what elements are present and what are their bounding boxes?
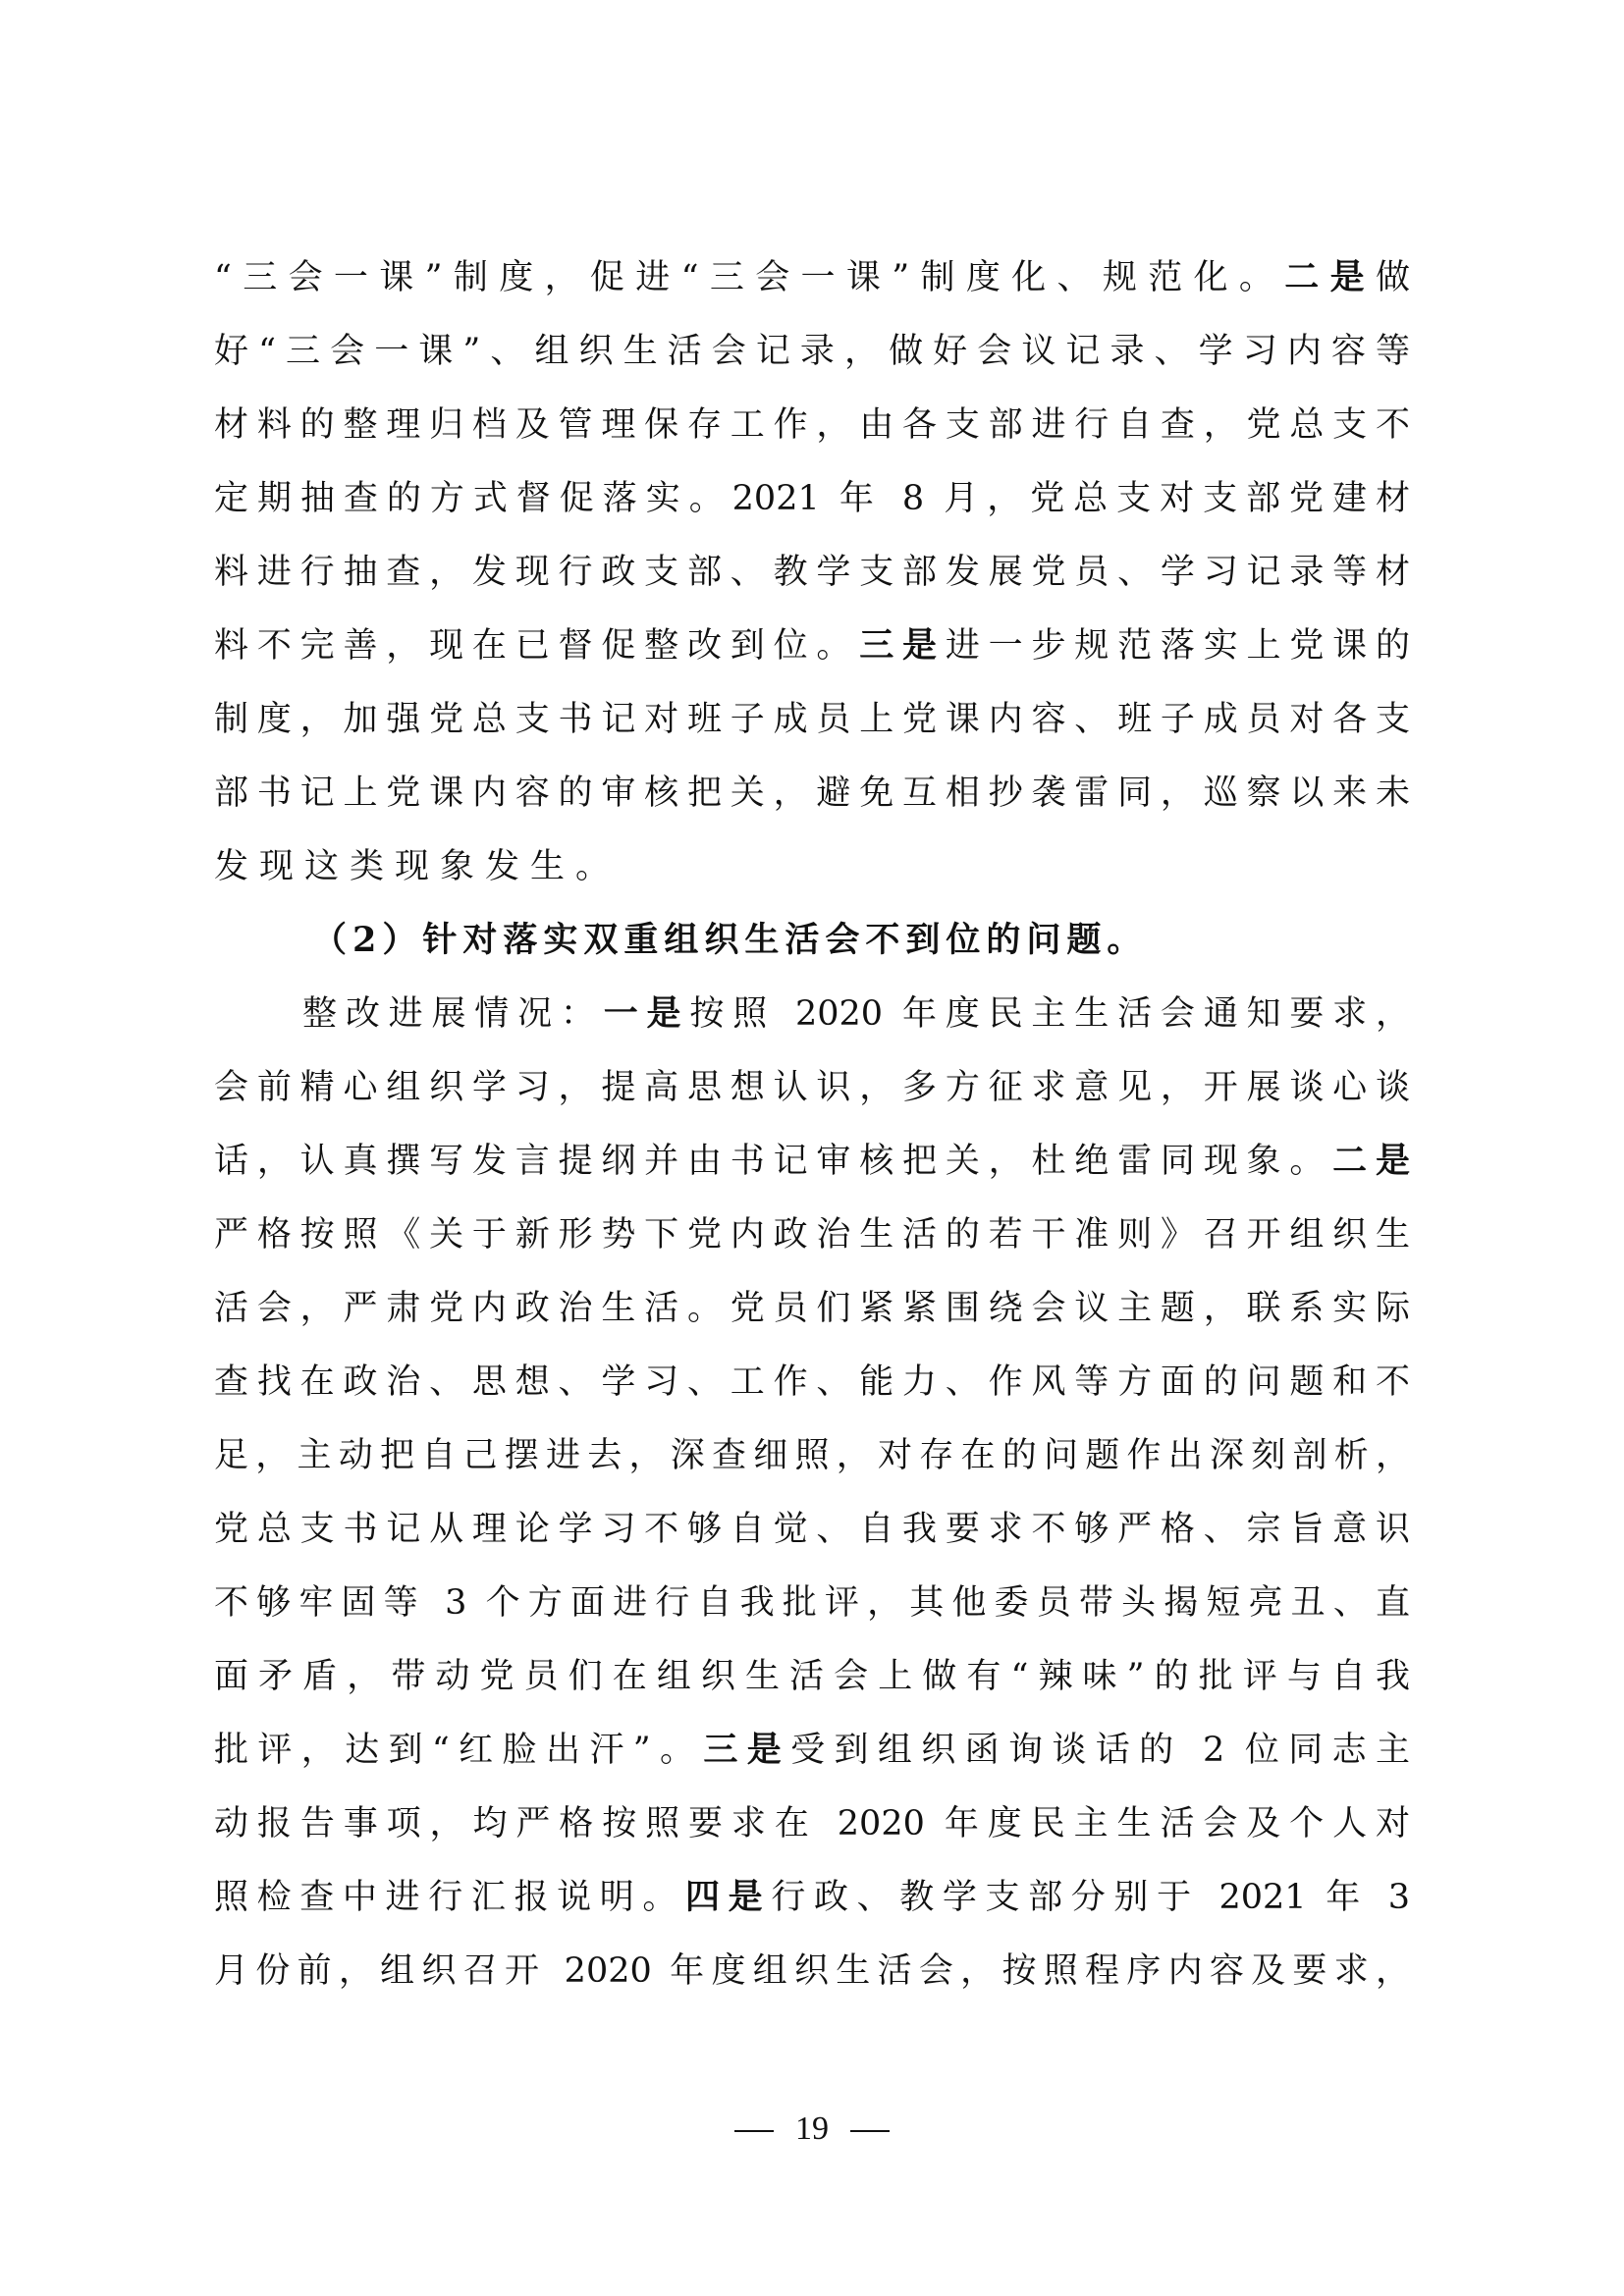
paragraph-line: 照检查中进行汇报说明。四是行政、教学支部分别于 2021 年 3 <box>214 1868 1410 1927</box>
text-run: 定期抽查的方式督促落实。2021 年 8 月，党总支对支部党建材 <box>214 479 1410 518</box>
text-run: 照检查中进行汇报说明。 <box>214 1878 685 1917</box>
text-run: 好“三会一课”、组织生活会记录，做好会议记录、学习内容等 <box>214 332 1410 371</box>
paragraph-line: 面矛盾，带动党员们在组织生活会上做有“辣味”的批评与自我 <box>214 1647 1410 1706</box>
text-run: 料进行抽查，发现行政支部、教学支部发展党员、学习记录等材 <box>214 553 1410 592</box>
dash-right <box>850 2130 890 2132</box>
paragraph-line: 党总支书记从理论学习不够自觉、自我要求不够严格、宗旨意识 <box>214 1500 1410 1559</box>
paragraph-line: 定期抽查的方式督促落实。2021 年 8 月，党总支对支部党建材 <box>214 469 1410 528</box>
emphasis-text: 四是 <box>685 1877 771 1917</box>
text-run: 活会，严肃党内政治生活。党员们紧紧围绕会议主题，联系实际 <box>214 1289 1410 1328</box>
paragraph-line: 料进行抽查，发现行政支部、教学支部发展党员、学习记录等材 <box>214 543 1410 602</box>
emphasis-text: 一是 <box>604 993 690 1034</box>
paragraph-line: “三会一课”制度，促进“三会一课”制度化、规范化。二是做 <box>214 248 1410 307</box>
text-run: 党总支书记从理论学习不够自觉、自我要求不够严格、宗旨意识 <box>214 1510 1410 1549</box>
text-run: 整改进展情况： <box>302 994 604 1034</box>
paragraph-line: 部书记上党课内容的审核把关，避免互相抄袭雷同，巡察以来未 <box>214 764 1410 823</box>
text-run: 动报告事项，均严格按照要求在 2020 年度民主生活会及个人对 <box>214 1804 1410 1843</box>
paragraph-line: 月份前，组织召开 2020 年度组织生活会，按照程序内容及要求， <box>214 1942 1410 2001</box>
emphasis-text: 三是 <box>703 1730 790 1770</box>
text-run: 制度，加强党总支书记对班子成员上党课内容、班子成员对各支 <box>214 700 1410 739</box>
paragraph-line: 严格按照《关于新形势下党内政治生活的若干准则》召开组织生 <box>214 1205 1410 1264</box>
paragraph-line: 会前精心组织学习，提高思想认识，多方征求意见，开展谈心谈 <box>214 1058 1410 1117</box>
dash-left <box>734 2130 774 2132</box>
text-run: 批评，达到“红脸出汗”。 <box>214 1731 703 1770</box>
paragraph-line: 好“三会一课”、组织生活会记录，做好会议记录、学习内容等 <box>214 322 1410 381</box>
text-run: 足，主动把自己摆进去，深查细照，对存在的问题作出深刻剖析， <box>214 1436 1410 1475</box>
section-heading: （2）针对落实双重组织生活会不到位的问题。 <box>312 911 1147 970</box>
paragraph-line: 活会，严肃党内政治生活。党员们紧紧围绕会议主题，联系实际 <box>214 1279 1410 1338</box>
text-run: 月份前，组织召开 2020 年度组织生活会，按照程序内容及要求， <box>214 1951 1410 1991</box>
paragraph-line: 足，主动把自己摆进去，深查细照，对存在的问题作出深刻剖析， <box>214 1426 1410 1485</box>
page-number: 19 <box>0 2110 1624 2148</box>
emphasis-text: 三是 <box>859 625 946 666</box>
text-run: 部书记上党课内容的审核把关，避免互相抄袭雷同，巡察以来未 <box>214 774 1410 813</box>
text-run: 严格按照《关于新形势下党内政治生活的若干准则》召开组织生 <box>214 1215 1410 1255</box>
paragraph-line: 动报告事项，均严格按照要求在 2020 年度民主生活会及个人对 <box>214 1794 1410 1853</box>
emphasis-text: 二是 <box>1332 1141 1410 1181</box>
text-run: 按照 2020 年度民主生活会通知要求， <box>689 994 1410 1034</box>
text-run: 面矛盾，带动党员们在组织生活会上做有“辣味”的批评与自我 <box>214 1657 1410 1696</box>
text-run: 料不完善，现在已督促整改到位。 <box>214 626 859 666</box>
text-run: 做 <box>1376 258 1410 297</box>
text-run: “三会一课”制度，促进“三会一课”制度化、规范化。 <box>214 258 1284 297</box>
page-number-text: 19 <box>795 2110 829 2147</box>
text-run: 查找在政治、思想、学习、工作、能力、作风等方面的问题和不 <box>214 1362 1410 1402</box>
paragraph-line: 不够牢固等 3 个方面进行自我批评，其他委员带头揭短亮丑、直 <box>214 1574 1410 1632</box>
paragraph-line: 话，认真撰写发言提纲并由书记审核把关，杜绝雷同现象。二是 <box>214 1132 1410 1191</box>
text-run: 受到组织函询谈话的 2 位同志主 <box>790 1731 1410 1770</box>
paragraph-line: 整改进展情况：一是按照 2020 年度民主生活会通知要求， <box>302 985 1410 1043</box>
text-run: 会前精心组织学习，提高思想认识，多方征求意见，开展谈心谈 <box>214 1068 1410 1107</box>
text-run: 材料的整理归档及管理保存工作，由各支部进行自查，党总支不 <box>214 405 1410 445</box>
text-run: 行政、教学支部分别于 2021 年 3 <box>771 1878 1410 1917</box>
paragraph-line: 制度，加强党总支书记对班子成员上党课内容、班子成员对各支 <box>214 690 1410 749</box>
text-run: 进一步规范落实上党课的 <box>946 626 1410 666</box>
document-page: “三会一课”制度，促进“三会一课”制度化、规范化。二是做 好“三会一课”、组织生… <box>0 0 1624 2296</box>
paragraph-line: 发现这类现象发生。 <box>214 837 1410 896</box>
paragraph-line: 批评，达到“红脸出汗”。三是受到组织函询谈话的 2 位同志主 <box>214 1721 1410 1780</box>
emphasis-text: 二是 <box>1284 257 1376 297</box>
text-run: 发现这类现象发生。 <box>214 847 621 886</box>
paragraph-line: 材料的整理归档及管理保存工作，由各支部进行自查，党总支不 <box>214 396 1410 454</box>
paragraph-line: 查找在政治、思想、学习、工作、能力、作风等方面的问题和不 <box>214 1353 1410 1412</box>
paragraph-line: 料不完善，现在已督促整改到位。三是进一步规范落实上党课的 <box>214 616 1410 675</box>
text-run: 不够牢固等 3 个方面进行自我批评，其他委员带头揭短亮丑、直 <box>214 1583 1410 1623</box>
text-run: 话，认真撰写发言提纲并由书记审核把关，杜绝雷同现象。 <box>214 1142 1332 1181</box>
